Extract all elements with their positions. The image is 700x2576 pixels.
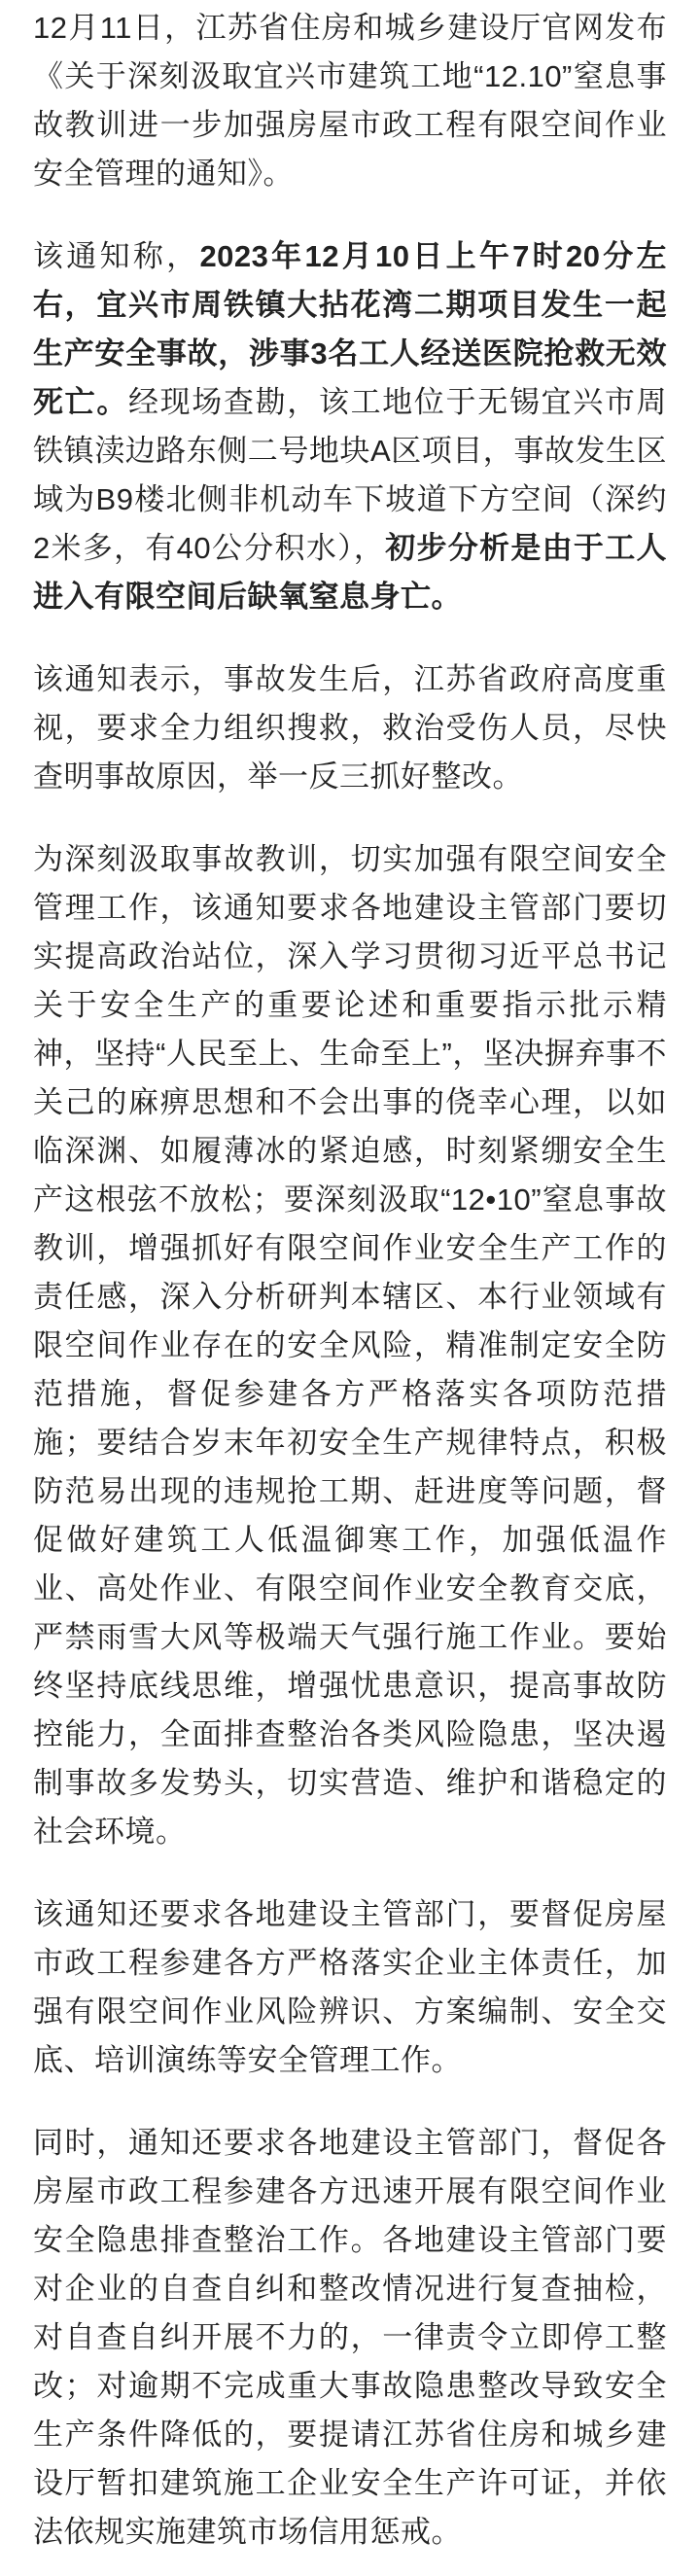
article-body: 12月11日，江苏省住房和城乡建设厅官网发布《关于深刻汲取宜兴市建筑工地“12.… [0, 0, 700, 2576]
text-run: 12月11日，江苏省住房和城乡建设厅官网发布《关于深刻汲取宜兴市建筑工地“12.… [33, 11, 667, 191]
text-run: 该通知还要求各地建设主管部门，要督促房屋市政工程参建各方严格落实企业主体责任，加… [33, 1897, 667, 2077]
paragraph: 同时，通知还要求各地建设主管部门，督促各房屋市政工程参建各方迅速开展有限空间作业… [33, 2119, 667, 2557]
text-run: 同时，通知还要求各地建设主管部门，督促各房屋市政工程参建各方迅速开展有限空间作业… [33, 2126, 667, 2549]
paragraph: 为深刻汲取事故教训，切实加强有限空间安全管理工作，该通知要求各地建设主管部门要切… [33, 835, 667, 1856]
text-run: 该通知称， [33, 239, 199, 273]
paragraph: 12月11日，江苏省住房和城乡建设厅官网发布《关于深刻汲取宜兴市建筑工地“12.… [33, 4, 667, 198]
paragraph: 该通知称，2023年12月10日上午7时20分左右，宜兴市周铁镇大拈花湾二期项目… [33, 232, 667, 621]
paragraph: 该通知还要求各地建设主管部门，要督促房屋市政工程参建各方严格落实企业主体责任，加… [33, 1890, 667, 2085]
paragraph: 该通知表示，事故发生后，江苏省政府高度重视，要求全力组织搜救，救治受伤人员，尽快… [33, 655, 667, 801]
text-run: 为深刻汲取事故教训，切实加强有限空间安全管理工作，该通知要求各地建设主管部门要切… [33, 842, 667, 1849]
text-run: 该通知表示，事故发生后，江苏省政府高度重视，要求全力组织搜救，救治受伤人员，尽快… [33, 662, 667, 794]
